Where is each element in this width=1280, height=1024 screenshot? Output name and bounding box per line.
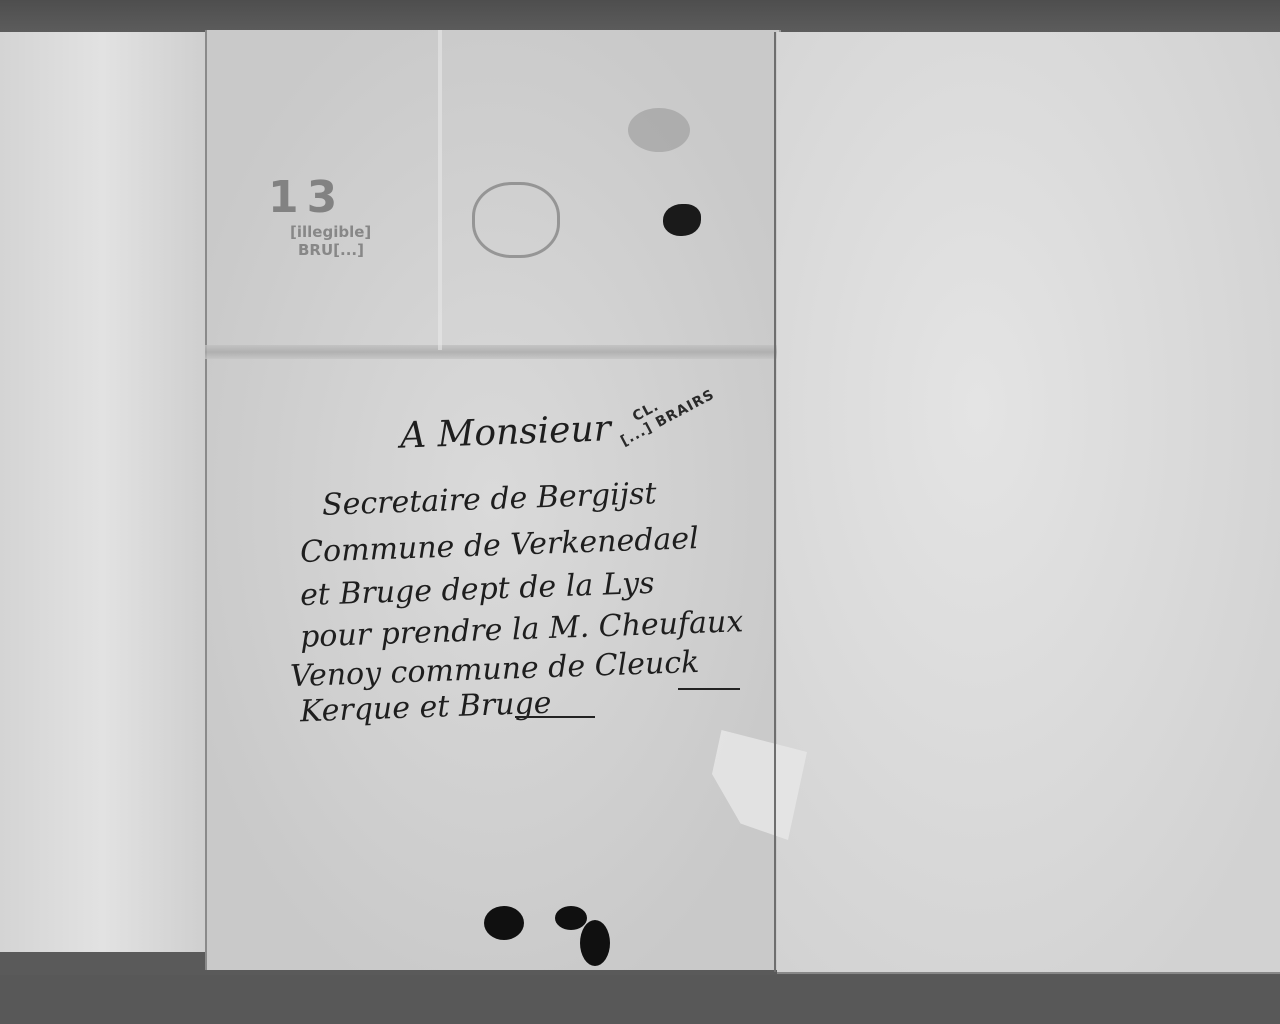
stamp-text-2: BRU[...] [298, 241, 371, 259]
left-flap [0, 32, 205, 952]
photo-background-top [0, 0, 1280, 32]
right-flap [777, 32, 1280, 974]
fold-edge [774, 32, 776, 972]
stamp-number: 13 [268, 172, 371, 223]
address-underline-1 [678, 688, 740, 690]
horizontal-fold [205, 345, 777, 359]
photo-background-bottom [0, 975, 1280, 1024]
vertical-crease [438, 30, 442, 350]
ink-stain [484, 906, 524, 940]
address-line-1: A Monsieur [399, 408, 611, 456]
wax-seal-ring [472, 182, 560, 258]
ink-stain [555, 906, 587, 930]
address-underline-2 [515, 716, 595, 718]
wax-seal-blot [663, 204, 701, 236]
origin-stamp: 13 [illegible] BRU[...] [268, 172, 371, 259]
faint-seal-mark [628, 108, 690, 152]
ink-stain [580, 920, 610, 966]
stamp-text-1: [illegible] [290, 223, 371, 241]
